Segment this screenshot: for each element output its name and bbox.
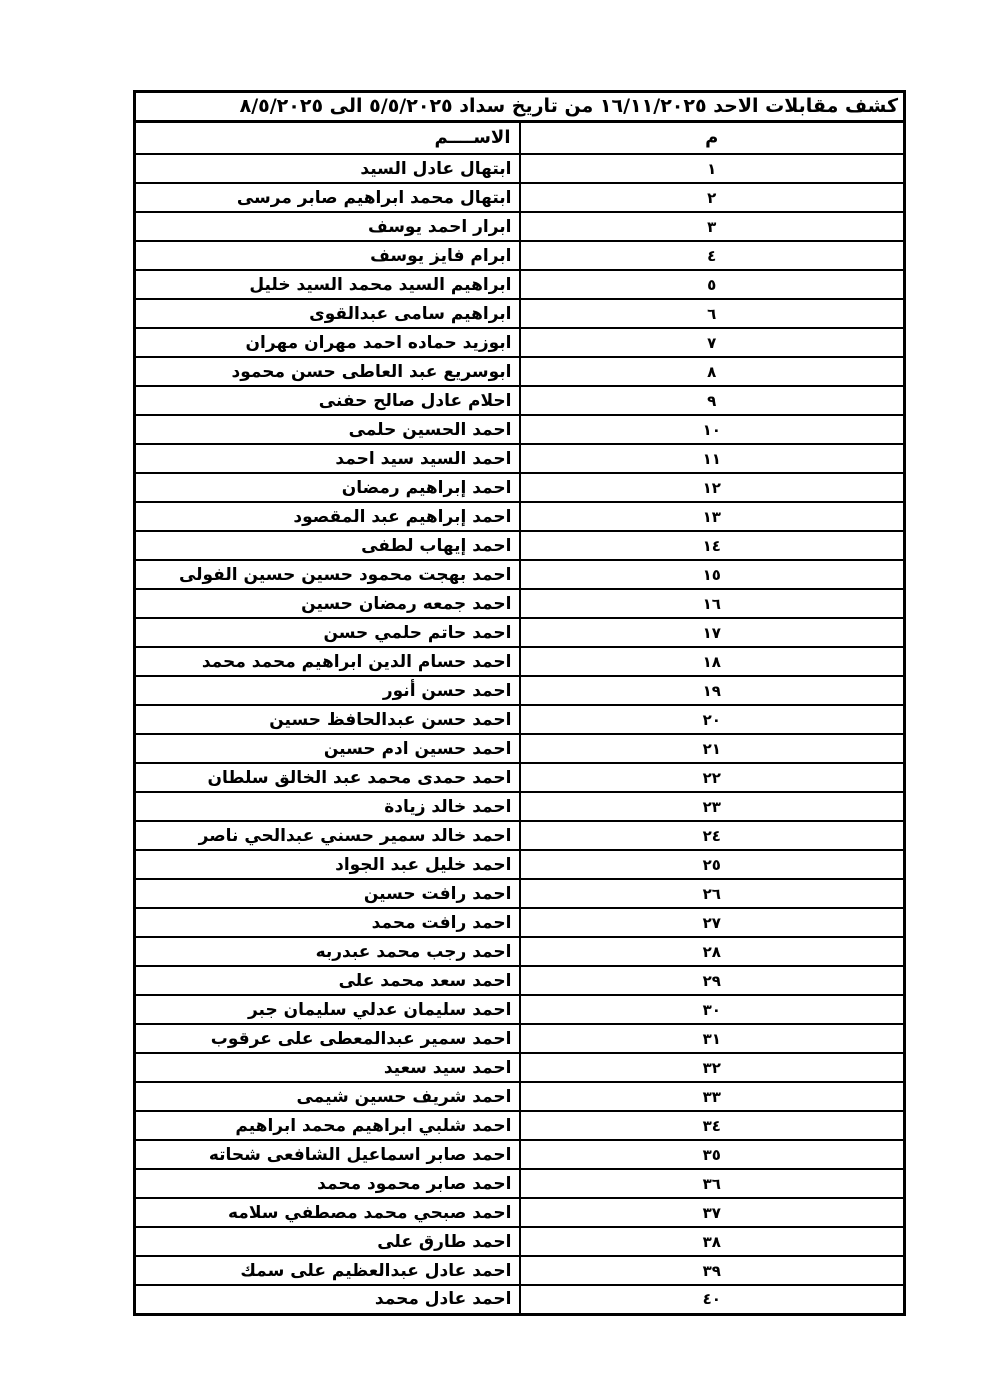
row-index: ٣٧	[520, 1198, 905, 1227]
table-row: ٣٤ احمد شلبي ابراهيم محمد ابراهيم	[135, 1111, 905, 1140]
document-title: كشف مقابلات الاحد ١٦/١١/٢٠٢٥ من تاريخ سد…	[135, 92, 905, 122]
title-row: كشف مقابلات الاحد ١٦/١١/٢٠٢٥ من تاريخ سد…	[135, 92, 905, 122]
row-index: ٤	[520, 241, 905, 270]
row-index: ١٠	[520, 415, 905, 444]
table-row: ٢٧ احمد رافت محمد	[135, 908, 905, 937]
row-index: ٢٨	[520, 937, 905, 966]
row-name: احمد خالد زيادة	[135, 792, 520, 821]
row-index: ٥	[520, 270, 905, 299]
row-index: ٣٢	[520, 1053, 905, 1082]
row-name: احمد شريف حسين شيمى	[135, 1082, 520, 1111]
row-index: ٣٦	[520, 1169, 905, 1198]
row-name: احمد السيد سيد احمد	[135, 444, 520, 473]
table-row: ١٦ احمد جمعه رمضان حسين	[135, 589, 905, 618]
document-page: كشف مقابلات الاحد ١٦/١١/٢٠٢٥ من تاريخ سد…	[0, 0, 990, 1400]
row-name: احمد خالد سمير حسني عبدالحي ناصر	[135, 821, 520, 850]
table-row: ٥ ابراهيم السيد محمد السيد خليل	[135, 270, 905, 299]
row-index: ٣٣	[520, 1082, 905, 1111]
table-row: ٢٢ احمد حمدى محمد عبد الخالق سلطان	[135, 763, 905, 792]
row-index: ٢٠	[520, 705, 905, 734]
row-index: ١٣	[520, 502, 905, 531]
row-name: احمد رافت حسين	[135, 879, 520, 908]
row-index: ٣٤	[520, 1111, 905, 1140]
row-name: ابتهال عادل السيد	[135, 154, 520, 183]
row-name: احمد صابر اسماعيل الشافعى شحاته	[135, 1140, 520, 1169]
row-name: ابرار احمد يوسف	[135, 212, 520, 241]
row-index: ٢٤	[520, 821, 905, 850]
table-row: ٣٩ احمد عادل عبدالعظيم على سمك	[135, 1256, 905, 1285]
column-header-name: الاســــم	[135, 122, 520, 155]
row-index: ٦	[520, 299, 905, 328]
row-name: احمد حاتم حلمي حسن	[135, 618, 520, 647]
table-row: ٢١ احمد حسين ادم حسين	[135, 734, 905, 763]
row-index: ٧	[520, 328, 905, 357]
column-header-index: م	[520, 122, 905, 155]
row-index: ٢٩	[520, 966, 905, 995]
row-index: ٢٧	[520, 908, 905, 937]
table-row: ٢٠ احمد حسن عبدالحافظ حسين	[135, 705, 905, 734]
table-row: ٣٠ احمد سليمان عدلي سليمان جبر	[135, 995, 905, 1024]
table-body: ١ ابتهال عادل السيد ٢ ابتهال محمد ابراهي…	[135, 154, 905, 1314]
table-row: ٦ ابراهيم سامى عبدالقوى	[135, 299, 905, 328]
table-row: ٣٥ احمد صابر اسماعيل الشافعى شحاته	[135, 1140, 905, 1169]
header-row: م الاســــم	[135, 122, 905, 155]
table-row: ١٠ احمد الحسين حلمى	[135, 415, 905, 444]
row-index: ١٢	[520, 473, 905, 502]
row-name: احلام عادل صالح حفنى	[135, 386, 520, 415]
row-index: ٨	[520, 357, 905, 386]
row-index: ٣١	[520, 1024, 905, 1053]
table-row: ٢٦ احمد رافت حسين	[135, 879, 905, 908]
table-row: ٤ ابرام فايز يوسف	[135, 241, 905, 270]
row-name: ابرام فايز يوسف	[135, 241, 520, 270]
row-name: ابراهيم سامى عبدالقوى	[135, 299, 520, 328]
row-name: احمد إبراهيم رمضان	[135, 473, 520, 502]
table-row: ٢٤ احمد خالد سمير حسني عبدالحي ناصر	[135, 821, 905, 850]
table-row: ١٧ احمد حاتم حلمي حسن	[135, 618, 905, 647]
table-row: ١ ابتهال عادل السيد	[135, 154, 905, 183]
table-row: ٩ احلام عادل صالح حفنى	[135, 386, 905, 415]
row-name: احمد سيد سعيد	[135, 1053, 520, 1082]
table-row: ٢٣ احمد خالد زيادة	[135, 792, 905, 821]
row-index: ٣٨	[520, 1227, 905, 1256]
table-row: ٧ ابوزيد حماده احمد مهران مهران	[135, 328, 905, 357]
table-row: ٣٦ احمد صابر محمود محمد	[135, 1169, 905, 1198]
table-row: ١٢ احمد إبراهيم رمضان	[135, 473, 905, 502]
row-index: ٤٠	[520, 1285, 905, 1314]
table-row: ٢٩ احمد سعد محمد على	[135, 966, 905, 995]
row-name: احمد رافت محمد	[135, 908, 520, 937]
row-name: احمد حسن أنور	[135, 676, 520, 705]
row-name: احمد شلبي ابراهيم محمد ابراهيم	[135, 1111, 520, 1140]
row-name: احمد عادل عبدالعظيم على سمك	[135, 1256, 520, 1285]
table-row: ٨ ابوسريع عبد العاطى حسن محمود	[135, 357, 905, 386]
row-name: ابتهال محمد ابراهيم صابر مرسى	[135, 183, 520, 212]
row-index: ٣٩	[520, 1256, 905, 1285]
row-name: احمد إبراهيم عبد المقصود	[135, 502, 520, 531]
row-index: ٣٠	[520, 995, 905, 1024]
table-row: ١٣ احمد إبراهيم عبد المقصود	[135, 502, 905, 531]
row-name: احمد سليمان عدلي سليمان جبر	[135, 995, 520, 1024]
row-index: ٢٦	[520, 879, 905, 908]
row-index: ١٤	[520, 531, 905, 560]
row-name: احمد رجب محمد عبدربه	[135, 937, 520, 966]
row-name: ابراهيم السيد محمد السيد خليل	[135, 270, 520, 299]
row-name: ابوزيد حماده احمد مهران مهران	[135, 328, 520, 357]
row-name: احمد حمدى محمد عبد الخالق سلطان	[135, 763, 520, 792]
row-index: ١٦	[520, 589, 905, 618]
row-index: ٣٥	[520, 1140, 905, 1169]
row-name: احمد خليل عبد الجواد	[135, 850, 520, 879]
row-name: احمد بهجت محمود حسين حسين الفولى	[135, 560, 520, 589]
row-index: ١	[520, 154, 905, 183]
table-row: ٤٠ احمد عادل محمد	[135, 1285, 905, 1314]
row-name: احمد عادل محمد	[135, 1285, 520, 1314]
row-name: احمد صابر محمود محمد	[135, 1169, 520, 1198]
row-name: احمد الحسين حلمى	[135, 415, 520, 444]
table-row: ٣٧ احمد صبحي محمد مصطفي سلامه	[135, 1198, 905, 1227]
table-row: ١٩ احمد حسن أنور	[135, 676, 905, 705]
row-index: ٢٥	[520, 850, 905, 879]
row-index: ١١	[520, 444, 905, 473]
row-index: ٢١	[520, 734, 905, 763]
table-row: ٣٨ احمد طارق على	[135, 1227, 905, 1256]
row-name: احمد سمير عبدالمعطى على عرقوب	[135, 1024, 520, 1053]
row-name: احمد صبحي محمد مصطفي سلامه	[135, 1198, 520, 1227]
table-row: ٢٨ احمد رجب محمد عبدربه	[135, 937, 905, 966]
interviews-table: كشف مقابلات الاحد ١٦/١١/٢٠٢٥ من تاريخ سد…	[133, 90, 906, 1316]
table-row: ٣ ابرار احمد يوسف	[135, 212, 905, 241]
row-index: ١٩	[520, 676, 905, 705]
row-name: احمد حسام الدين ابراهيم محمد محمد	[135, 647, 520, 676]
row-index: ٢	[520, 183, 905, 212]
table-row: ١٥ احمد بهجت محمود حسين حسين الفولى	[135, 560, 905, 589]
row-index: ٢٢	[520, 763, 905, 792]
table-row: ٣٣ احمد شريف حسين شيمى	[135, 1082, 905, 1111]
row-name: ابوسريع عبد العاطى حسن محمود	[135, 357, 520, 386]
table-row: ١٤ احمد إيهاب لطفى	[135, 531, 905, 560]
table-row: ١٨ احمد حسام الدين ابراهيم محمد محمد	[135, 647, 905, 676]
row-name: احمد طارق على	[135, 1227, 520, 1256]
row-index: ١٧	[520, 618, 905, 647]
row-index: ٣	[520, 212, 905, 241]
row-index: ٢٣	[520, 792, 905, 821]
table-row: ٣١ احمد سمير عبدالمعطى على عرقوب	[135, 1024, 905, 1053]
row-name: احمد إيهاب لطفى	[135, 531, 520, 560]
row-name: احمد جمعه رمضان حسين	[135, 589, 520, 618]
table-row: ٣٢ احمد سيد سعيد	[135, 1053, 905, 1082]
row-name: احمد حسن عبدالحافظ حسين	[135, 705, 520, 734]
row-index: ٩	[520, 386, 905, 415]
row-name: احمد سعد محمد على	[135, 966, 520, 995]
table-row: ٢ ابتهال محمد ابراهيم صابر مرسى	[135, 183, 905, 212]
table-row: ١١ احمد السيد سيد احمد	[135, 444, 905, 473]
row-index: ١٨	[520, 647, 905, 676]
row-index: ١٥	[520, 560, 905, 589]
table-row: ٢٥ احمد خليل عبد الجواد	[135, 850, 905, 879]
row-name: احمد حسين ادم حسين	[135, 734, 520, 763]
